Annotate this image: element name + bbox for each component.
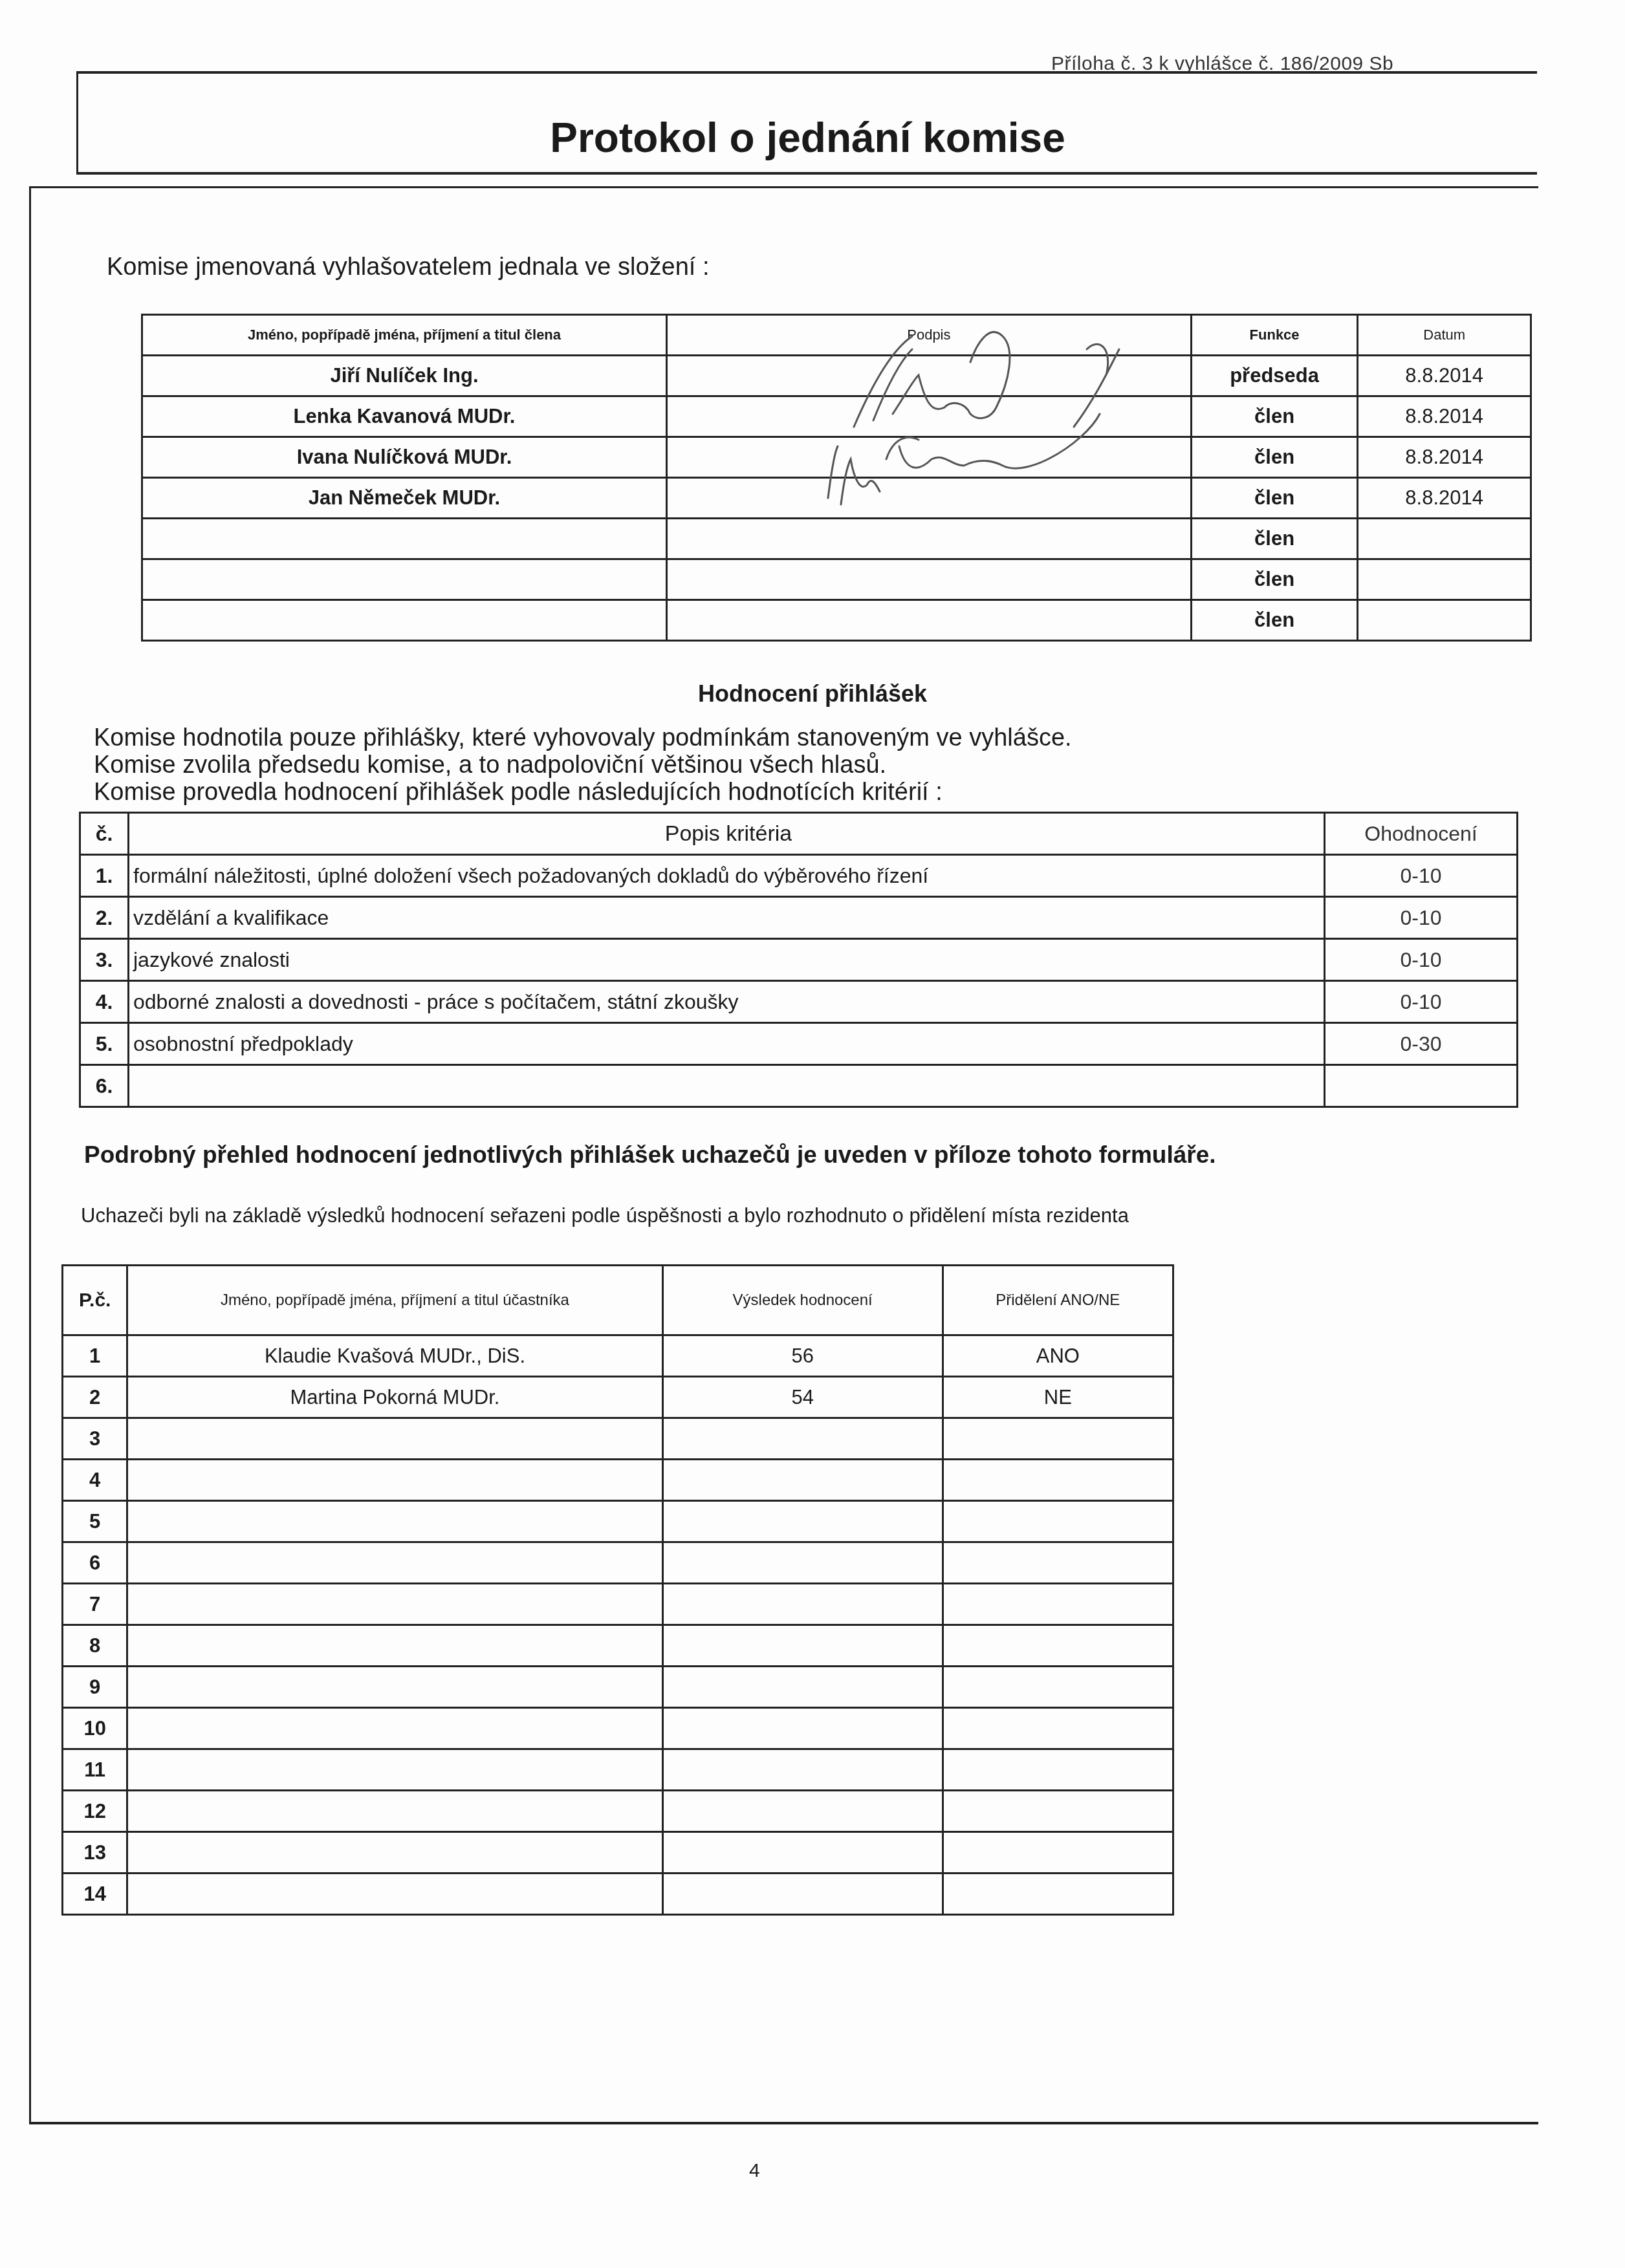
applicant-allocation: NE — [943, 1377, 1173, 1418]
member-date: 8.8.2014 — [1358, 356, 1531, 396]
member-date — [1358, 519, 1531, 559]
applicant-allocation — [943, 1418, 1173, 1460]
criterion-score: 0-10 — [1325, 939, 1518, 981]
member-name — [142, 519, 667, 559]
criterion-score: 0-10 — [1325, 855, 1518, 897]
member-date — [1358, 600, 1531, 641]
table-row: 2.vzdělání a kvalifikace0-10 — [80, 897, 1518, 939]
member-function: člen — [1191, 519, 1358, 559]
table-row: 8 — [63, 1625, 1173, 1667]
applicant-result — [662, 1749, 943, 1791]
column-header-signature: Podpis — [667, 315, 1192, 356]
applicant-allocation — [943, 1460, 1173, 1501]
criterion-score — [1325, 1065, 1518, 1107]
applicant-allocation — [943, 1791, 1173, 1832]
evaluation-paragraph: Komise hodnotila pouze přihlášky, které … — [94, 724, 1072, 752]
criterion-description: osobnostní předpoklady — [129, 1023, 1325, 1065]
applicant-allocation — [943, 1749, 1173, 1791]
column-header-score: Ohodnocení — [1325, 813, 1518, 855]
applicant-name — [127, 1418, 662, 1460]
member-signature-field — [667, 396, 1192, 437]
applicant-number: 8 — [63, 1625, 127, 1667]
criterion-description — [129, 1065, 1325, 1107]
table-row: 5.osobnostní předpoklady0-30 — [80, 1023, 1518, 1065]
table-row: Ivana Nulíčková MUDr.člen8.8.2014 — [142, 437, 1531, 478]
applicant-allocation — [943, 1584, 1173, 1625]
table-row: 4 — [63, 1460, 1173, 1501]
criterion-number: 1. — [80, 855, 129, 897]
applicant-allocation — [943, 1832, 1173, 1874]
column-header-applicant-name: Jméno, popřípadě jména, příjmení a titul… — [127, 1266, 662, 1335]
member-function: člen — [1191, 559, 1358, 600]
member-function: člen — [1191, 437, 1358, 478]
table-row: 3.jazykové znalosti0-10 — [80, 939, 1518, 981]
applicant-allocation — [943, 1625, 1173, 1667]
applicant-result: 56 — [662, 1335, 943, 1377]
member-function: člen — [1191, 478, 1358, 519]
member-signature-field — [667, 478, 1192, 519]
member-function: předseda — [1191, 356, 1358, 396]
applicant-name — [127, 1542, 662, 1584]
applicant-allocation — [943, 1667, 1173, 1708]
applicant-result — [662, 1708, 943, 1749]
table-row: 1Klaudie Kvašová MUDr., DiS.56ANO — [63, 1335, 1173, 1377]
member-signature-field — [667, 559, 1192, 600]
table-row: 10 — [63, 1708, 1173, 1749]
applicant-allocation — [943, 1874, 1173, 1915]
committee-members-table: Jméno, popřípadě jména, příjmení a titul… — [141, 314, 1532, 642]
table-row: 6 — [63, 1542, 1173, 1584]
member-date: 8.8.2014 — [1358, 437, 1531, 478]
applicant-number: 1 — [63, 1335, 127, 1377]
table-row: 4.odborné znalosti a dovednosti - práce … — [80, 981, 1518, 1023]
applicant-result — [662, 1460, 943, 1501]
applicant-name — [127, 1832, 662, 1874]
table-row: 7 — [63, 1584, 1173, 1625]
table-row: Jiří Nulíček Ing.předseda8.8.2014 — [142, 356, 1531, 396]
applicant-name: Klaudie Kvašová MUDr., DiS. — [127, 1335, 662, 1377]
applicant-number: 2 — [63, 1377, 127, 1418]
table-row: člen — [142, 519, 1531, 559]
member-function: člen — [1191, 396, 1358, 437]
applicant-allocation — [943, 1501, 1173, 1542]
applicant-name — [127, 1708, 662, 1749]
page-title: Protokol o jednání komise — [78, 114, 1537, 162]
table-row: 13 — [63, 1832, 1173, 1874]
criterion-description: formální náležitosti, úplné doložení vše… — [129, 855, 1325, 897]
member-signature-field — [667, 600, 1192, 641]
member-signature-field — [667, 519, 1192, 559]
applicant-result — [662, 1542, 943, 1584]
applicant-number: 12 — [63, 1791, 127, 1832]
applicant-result — [662, 1584, 943, 1625]
applicant-number: 14 — [63, 1874, 127, 1915]
applicant-number: 9 — [63, 1667, 127, 1708]
criterion-number: 5. — [80, 1023, 129, 1065]
applicant-name — [127, 1501, 662, 1542]
table-row: Lenka Kavanová MUDr.člen8.8.2014 — [142, 396, 1531, 437]
applicant-number: 3 — [63, 1418, 127, 1460]
column-header-result: Výsledek hodnocení — [662, 1266, 943, 1335]
applicant-name: Martina Pokorná MUDr. — [127, 1377, 662, 1418]
table-row: člen — [142, 600, 1531, 641]
criterion-description: vzdělání a kvalifikace — [129, 897, 1325, 939]
evaluation-paragraph: Komise zvolila předsedu komise, a to nad… — [94, 751, 886, 779]
applicant-result — [662, 1625, 943, 1667]
applicant-name — [127, 1874, 662, 1915]
applicant-result — [662, 1791, 943, 1832]
member-function: člen — [1191, 600, 1358, 641]
table-row: 14 — [63, 1874, 1173, 1915]
member-signature-field — [667, 356, 1192, 396]
applicant-name — [127, 1667, 662, 1708]
member-name — [142, 600, 667, 641]
ranking-note: Uchazeči byli na základě výsledků hodnoc… — [81, 1204, 1129, 1227]
column-header-number: č. — [80, 813, 129, 855]
applicant-result — [662, 1667, 943, 1708]
applicant-name — [127, 1791, 662, 1832]
member-date — [1358, 559, 1531, 600]
column-header-date: Datum — [1358, 315, 1531, 356]
criterion-description: odborné znalosti a dovednosti - práce s … — [129, 981, 1325, 1023]
criterion-number: 4. — [80, 981, 129, 1023]
column-header-name: Jméno, popřípadě jména, příjmení a titul… — [142, 315, 667, 356]
member-date: 8.8.2014 — [1358, 478, 1531, 519]
criterion-number: 2. — [80, 897, 129, 939]
table-row: 2Martina Pokorná MUDr.54NE — [63, 1377, 1173, 1418]
evaluation-heading: Hodnocení přihlášek — [0, 680, 1625, 707]
applicant-number: 4 — [63, 1460, 127, 1501]
criteria-table: č. Popis kritéria Ohodnocení 1.formální … — [79, 812, 1518, 1108]
applicant-result — [662, 1832, 943, 1874]
applicant-number: 11 — [63, 1749, 127, 1791]
column-header-description: Popis kritéria — [129, 813, 1325, 855]
applicant-number: 7 — [63, 1584, 127, 1625]
table-row: 12 — [63, 1791, 1173, 1832]
applicant-result — [662, 1501, 943, 1542]
applicants-table: P.č. Jméno, popřípadě jména, příjmení a … — [61, 1264, 1174, 1916]
criterion-number: 6. — [80, 1065, 129, 1107]
evaluation-paragraph: Komise provedla hodnocení přihlášek podl… — [94, 779, 943, 806]
table-row: 1.formální náležitosti, úplné doložení v… — [80, 855, 1518, 897]
detail-note: Podrobný přehled hodnocení jednotlivých … — [84, 1141, 1216, 1169]
table-row: člen — [142, 559, 1531, 600]
criterion-number: 3. — [80, 939, 129, 981]
applicant-result — [662, 1418, 943, 1460]
table-row: 6. — [80, 1065, 1518, 1107]
table-row: 3 — [63, 1418, 1173, 1460]
applicant-allocation — [943, 1708, 1173, 1749]
applicant-name — [127, 1749, 662, 1791]
applicant-result — [662, 1874, 943, 1915]
applicant-number: 5 — [63, 1501, 127, 1542]
table-row: 9 — [63, 1667, 1173, 1708]
criterion-score: 0-10 — [1325, 897, 1518, 939]
column-header-function: Funkce — [1191, 315, 1358, 356]
table-row: 5 — [63, 1501, 1173, 1542]
member-name: Lenka Kavanová MUDr. — [142, 396, 667, 437]
title-box: Protokol o jednání komise — [76, 71, 1537, 175]
column-header-allocation: Přidělení ANO/NE — [943, 1266, 1173, 1335]
member-name — [142, 559, 667, 600]
criterion-score: 0-10 — [1325, 981, 1518, 1023]
member-name: Ivana Nulíčková MUDr. — [142, 437, 667, 478]
applicant-number: 6 — [63, 1542, 127, 1584]
criterion-score: 0-30 — [1325, 1023, 1518, 1065]
table-row: Jan Němeček MUDr.člen8.8.2014 — [142, 478, 1531, 519]
member-name: Jan Němeček MUDr. — [142, 478, 667, 519]
applicant-allocation — [943, 1542, 1173, 1584]
criterion-description: jazykové znalosti — [129, 939, 1325, 981]
member-name: Jiří Nulíček Ing. — [142, 356, 667, 396]
applicant-result: 54 — [662, 1377, 943, 1418]
applicant-name — [127, 1460, 662, 1501]
applicant-name — [127, 1584, 662, 1625]
page-number: 4 — [749, 2160, 760, 2182]
applicant-allocation: ANO — [943, 1335, 1173, 1377]
member-date: 8.8.2014 — [1358, 396, 1531, 437]
committee-intro: Komise jmenovaná vyhlašovatelem jednala … — [107, 254, 710, 281]
column-header-number: P.č. — [63, 1266, 127, 1335]
applicant-number: 10 — [63, 1708, 127, 1749]
member-signature-field — [667, 437, 1192, 478]
applicant-number: 13 — [63, 1832, 127, 1874]
applicant-name — [127, 1625, 662, 1667]
table-row: 11 — [63, 1749, 1173, 1791]
